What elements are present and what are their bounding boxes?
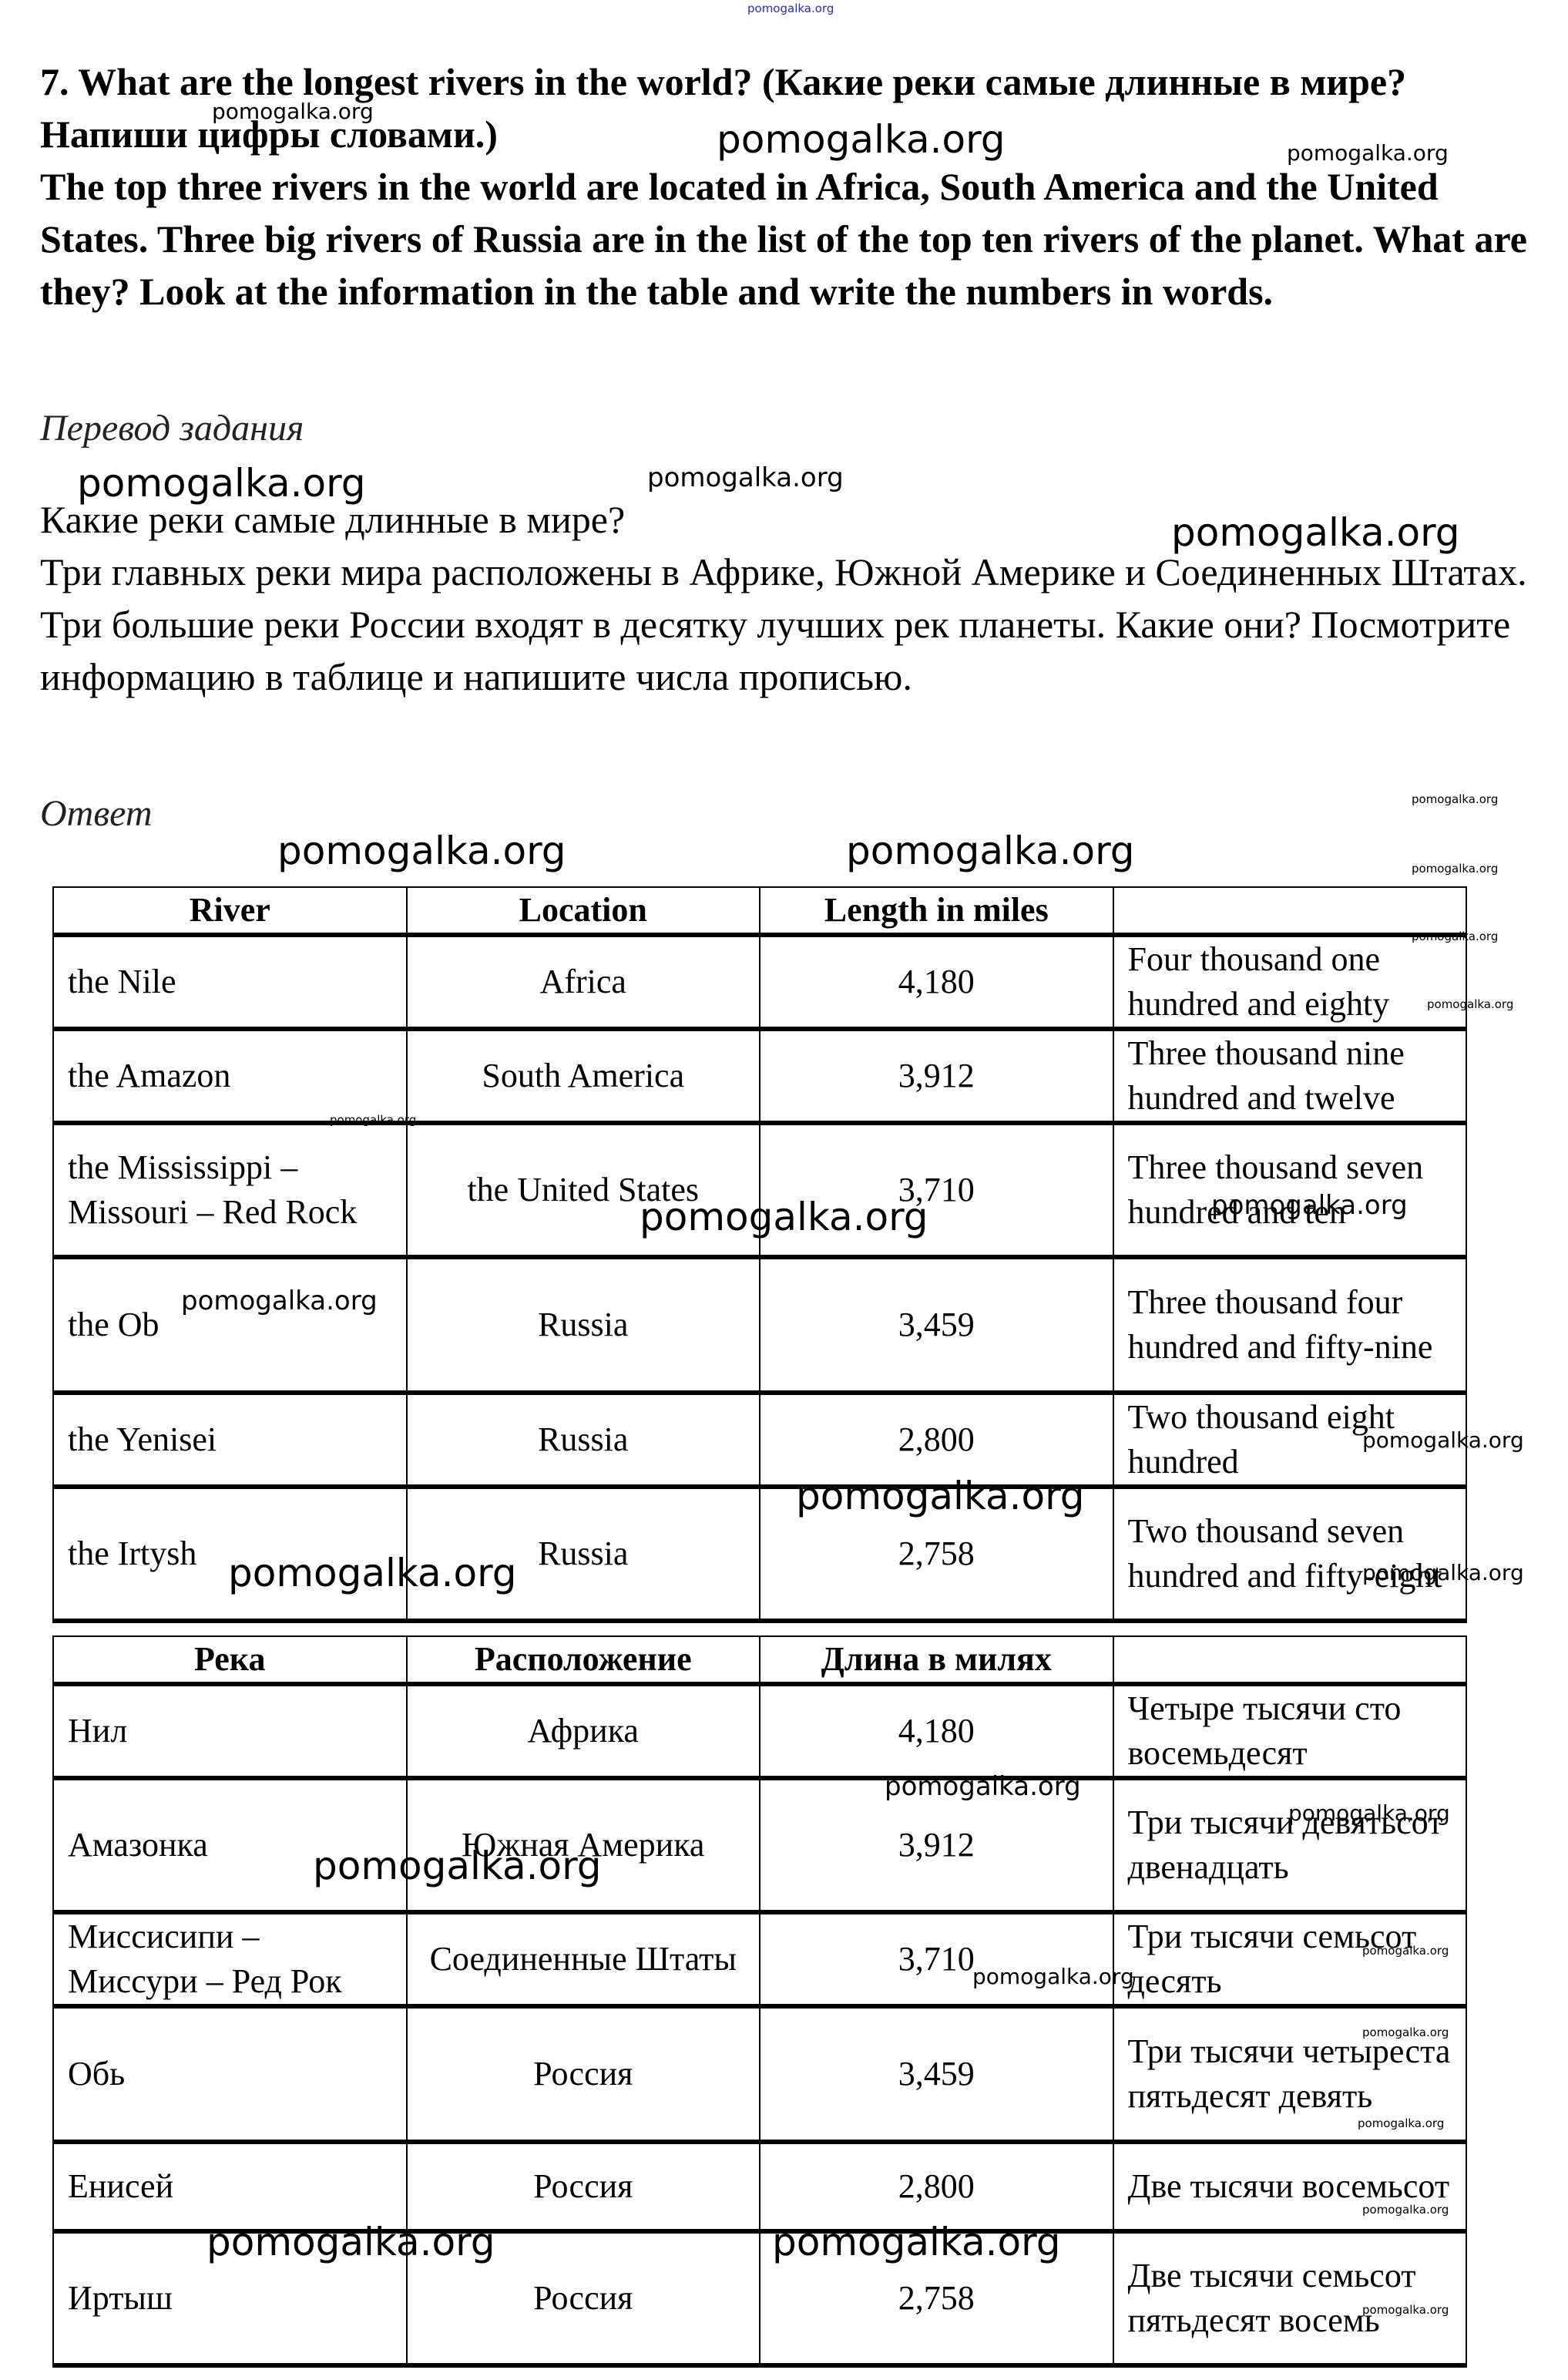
top-watermark: pomogalka.org [747, 2, 834, 15]
watermark: pomogalka.org [1362, 1560, 1524, 1585]
location-cell: Africa [407, 935, 760, 1029]
table-row: the ObRussia3,459Three thousand four hun… [53, 1257, 1466, 1393]
river-cell: Енисей [53, 2142, 407, 2231]
words-cell: Четыре тысячи сто восемьдесят [1113, 1684, 1467, 1778]
watermark: pomogalka.org [1358, 2116, 1444, 2130]
table-row: АмазонкаЮжная Америка3,912Три тысячи дев… [53, 1778, 1466, 1912]
table-row: Миссисипи – Миссури – Ред РокСоединенные… [53, 1912, 1466, 2006]
task-body: The top three rivers in the world are lo… [40, 160, 1550, 318]
table-row: ОбьРоссия3,459Три тысячи четыреста пятьд… [53, 2006, 1466, 2142]
table-header-row: Река Расположение Длина в милях [53, 1636, 1466, 1684]
watermark: pomogalka.org [228, 1551, 517, 1595]
watermark: pomogalka.org [846, 829, 1135, 873]
column-header [1113, 1636, 1467, 1684]
watermark: pomogalka.org [212, 99, 374, 124]
length-cell: 3,912 [760, 1029, 1113, 1123]
river-cell: the Nile [53, 935, 407, 1029]
river-cell: the Yenisei [53, 1393, 407, 1487]
watermark: pomogalka.org [1171, 510, 1460, 555]
watermark: pomogalka.org [1287, 140, 1449, 166]
river-cell: Обь [53, 2006, 407, 2142]
length-cell: 3,459 [760, 1257, 1113, 1393]
column-header: River [53, 887, 407, 935]
watermark: pomogalka.org [1211, 1190, 1408, 1221]
table-row: the YeniseiRussia2,800Two thousand eight… [53, 1393, 1466, 1487]
table-row: the NileAfrica4,180Four thousand one hun… [53, 935, 1466, 1029]
watermark: pomogalka.org [1362, 1427, 1524, 1453]
watermark: pomogalka.org [1362, 2203, 1449, 2217]
column-header: Расположение [407, 1636, 760, 1684]
words-cell: Две тысячи восемьсот [1113, 2142, 1467, 2231]
location-cell: Russia [407, 1393, 760, 1487]
table-header-row: River Location Length in miles [53, 887, 1466, 935]
length-cell: 3,459 [760, 2006, 1113, 2142]
watermark: pomogalka.org [313, 1844, 602, 1888]
length-cell: 4,180 [760, 935, 1113, 1029]
translation-label: Перевод задания [40, 407, 304, 449]
words-cell: Two thousand seven hundred and fifty-eig… [1113, 1487, 1467, 1621]
river-cell: Нил [53, 1684, 407, 1778]
answer-label: Ответ [40, 792, 153, 835]
watermark: pomogalka.org [1362, 2303, 1449, 2317]
translation-line-2: Три главных реки мира расположены в Афри… [40, 546, 1550, 703]
river-cell: Миссисипи – Миссури – Ред Рок [53, 1912, 407, 2006]
words-cell: Три тысячи семьсот десять [1113, 1912, 1467, 2006]
watermark: pomogalka.org [77, 461, 366, 506]
watermark: pomogalka.org [1362, 1944, 1449, 1958]
location-cell: South America [407, 1029, 760, 1123]
location-cell: Соединенные Штаты [407, 1912, 760, 2006]
location-cell: Африка [407, 1684, 760, 1778]
rivers-table-english: River Location Length in miles the NileA… [52, 886, 1467, 1623]
location-cell: Russia [407, 1257, 760, 1393]
words-cell: Three thousand nine hundred and twelve [1113, 1029, 1467, 1123]
watermark: pomogalka.org [1412, 862, 1498, 876]
column-header: Длина в милях [760, 1636, 1113, 1684]
location-cell: Россия [407, 2142, 760, 2231]
watermark: pomogalka.org [1362, 2025, 1449, 2039]
length-cell: 2,800 [760, 2142, 1113, 2231]
length-cell: 4,180 [760, 1684, 1113, 1778]
watermark: pomogalka.org [885, 1771, 1081, 1802]
words-cell: Four thousand one hundred and eighty [1113, 935, 1467, 1029]
river-cell: the Mississippi – Missouri – Red Rock [53, 1123, 407, 1257]
column-header: Река [53, 1636, 407, 1684]
table-row: the AmazonSouth America3,912Three thousa… [53, 1029, 1466, 1123]
watermark: pomogalka.org [717, 117, 1006, 162]
watermark: pomogalka.org [206, 2220, 495, 2264]
watermark: pomogalka.org [647, 462, 844, 493]
river-cell: the Ob [53, 1257, 407, 1393]
length-cell: 3,710 [760, 1912, 1113, 2006]
watermark: pomogalka.org [1412, 792, 1498, 806]
words-cell: Две тысячи семьсот пятьдесят восемь [1113, 2231, 1467, 2365]
watermark: pomogalka.org [1427, 997, 1513, 1011]
table-row: ЕнисейРоссия2,800Две тысячи восемьсот [53, 2142, 1466, 2231]
watermark: pomogalka.org [1288, 1800, 1450, 1826]
task-text: 7. What are the longest rivers in the wo… [40, 55, 1550, 318]
watermark: pomogalka.org [796, 1474, 1085, 1518]
column-header: Length in miles [760, 887, 1113, 935]
watermark: pomogalka.org [181, 1286, 378, 1316]
location-cell: Россия [407, 2006, 760, 2142]
watermark: pomogalka.org [1412, 929, 1498, 943]
words-cell: Three thousand four hundred and fifty-ni… [1113, 1257, 1467, 1393]
watermark: pomogalka.org [277, 829, 566, 873]
watermark: pomogalka.org [640, 1195, 928, 1239]
table-row: НилАфрика4,180Четыре тысячи сто восемьде… [53, 1684, 1466, 1778]
column-header [1113, 887, 1467, 935]
column-header: Location [407, 887, 760, 935]
river-cell: the Amazon [53, 1029, 407, 1123]
length-cell: 2,800 [760, 1393, 1113, 1487]
watermark: pomogalka.org [330, 1113, 416, 1127]
words-cell: Три тысячи девятьсот двенадцать [1113, 1778, 1467, 1912]
watermark: pomogalka.org [772, 2220, 1061, 2264]
watermark: pomogalka.org [972, 1964, 1134, 1989]
